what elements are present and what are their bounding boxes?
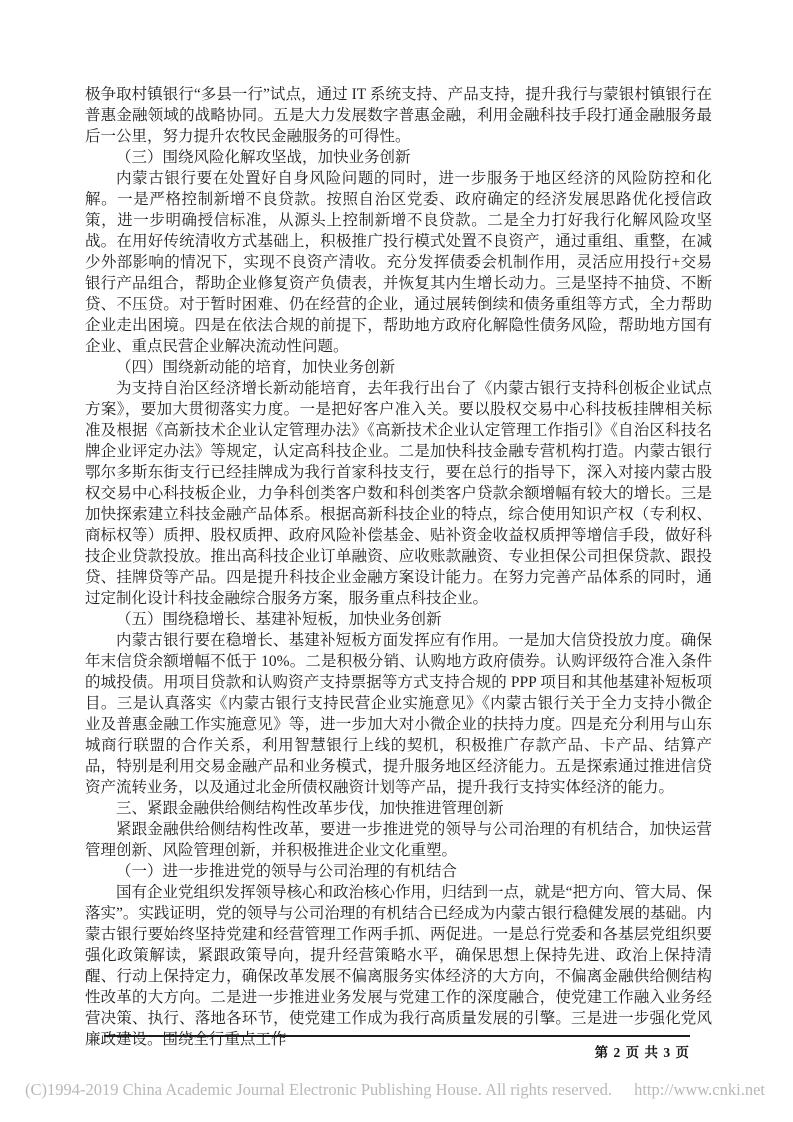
paragraph: 为支持自治区经济增长新动能培育，去年我行出台了《内蒙古银行支持科创板企业试点方案…	[85, 378, 712, 609]
paragraph: 内蒙古银行要在稳增长、基建补短板方面发挥应有作用。一是加大信贷投放力度。确保年末…	[85, 630, 712, 798]
paragraph: 内蒙古银行要在处置好自身风险问题的同时，进一步服务于地区经济的风险防控和化解。一…	[85, 168, 712, 357]
paragraph: 极争取村镇银行“多县一行”试点，通过 IT 系统支持、产品支持，提升我行与蒙银村…	[85, 84, 712, 147]
page-number: 第 2 页 共 3 页	[104, 1041, 690, 1061]
section-heading: （三）围绕风险化解攻坚战，加快业务创新	[85, 147, 712, 168]
section-heading: （五）围绕稳增长、基建补短板，加快业务创新	[85, 609, 712, 630]
paragraph: 紧跟金融供给侧结构性改革，要进一步推进党的领导与公司治理的有机结合，加快运营管理…	[85, 819, 712, 861]
section-heading: （一）进一步推进党的领导与公司治理的有机结合	[85, 861, 712, 882]
paragraph: 国有企业党组织发挥领导核心和政治核心作用，归结到一点，就是“把方向、管大局、保落…	[85, 882, 712, 1050]
section-heading: （四）围绕新动能的培育，加快业务创新	[85, 357, 712, 378]
section-heading: 三、紧跟金融供给侧结构性改革步伐，加快推进管理创新	[85, 798, 712, 819]
document-body: 极争取村镇银行“多县一行”试点，通过 IT 系统支持、产品支持，提升我行与蒙银村…	[85, 84, 712, 1050]
footer-divider	[104, 1035, 690, 1037]
watermark-copyright: (C)1994-2019 China Academic Journal Elec…	[25, 1080, 612, 1100]
watermark: (C)1994-2019 China Academic Journal Elec…	[25, 1080, 765, 1100]
document-page: 极争取村镇银行“多县一行”试点，通过 IT 系统支持、产品支持，提升我行与蒙银村…	[0, 0, 793, 1122]
watermark-url: http://www.cnki.net	[634, 1080, 765, 1100]
